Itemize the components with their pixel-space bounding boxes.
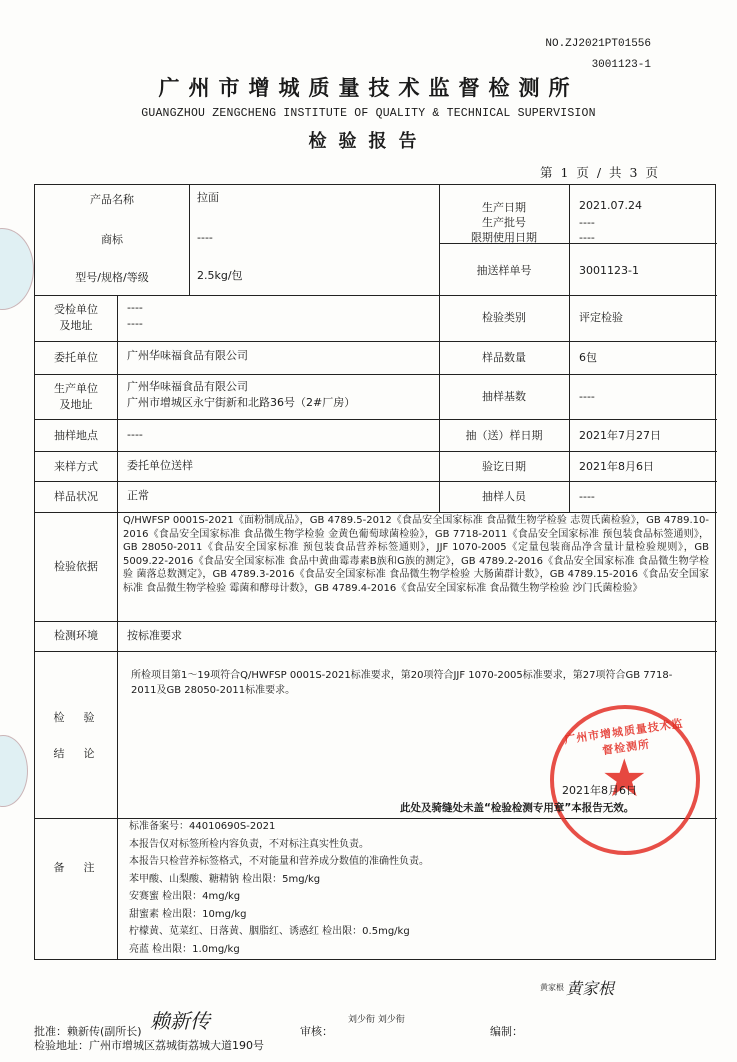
value-conclusion: 所检项目第1～19项符合Q/HWFSP 0001S-2021标准要求，第20项符… xyxy=(131,668,691,698)
value-inspection-type: 评定检验 xyxy=(579,311,623,325)
reviewer-label: 审核： xyxy=(300,1023,333,1039)
label-production-date: 生产日期 xyxy=(439,201,569,215)
label-remarks: 备 注 xyxy=(35,861,117,875)
value-inspected-unit: ---- xyxy=(127,301,143,315)
label-sampling-no: 抽送样单号 xyxy=(439,264,569,278)
label-manufacturer-address: 及地址 xyxy=(35,398,117,412)
compiler-signature: 黄家根 xyxy=(566,976,614,999)
label-inspection-type: 检验类别 xyxy=(439,311,569,325)
official-seal: 广州市增城质量技术监督检测所 ★ xyxy=(550,705,700,855)
value-product-name: 拉面 xyxy=(197,191,219,205)
value-completion-date: 2021年8月6日 xyxy=(579,460,654,474)
value-basis: Q/HWFSP 0001S-2021《面粉制成品》，GB 4789.5-2012… xyxy=(123,514,709,596)
value-expiry: ---- xyxy=(579,231,595,245)
value-sample-condition: 正常 xyxy=(127,489,149,503)
remarks-line: 苯甲酸、山梨酸、糖精钠 检出限：5mg/kg xyxy=(129,871,429,889)
value-environment: 按标准要求 xyxy=(127,629,182,643)
left-edge-seal-fragment-2 xyxy=(0,735,28,807)
label-trademark: 商标 xyxy=(35,233,189,247)
report-number: NO.ZJ2021PT01556 xyxy=(545,38,651,50)
remarks-line: 亮蓝 检出限：1.0mg/kg xyxy=(129,941,429,959)
remarks-line: 甜蜜素 检出限：10mg/kg xyxy=(129,906,429,924)
institute-name-cn: 广州市增城质量技术监督检测所 xyxy=(0,72,737,102)
label-sample-qty: 样品数量 xyxy=(439,351,569,365)
inspection-address: 检验地址：广州市增城区荔城街荔城大道190号 xyxy=(34,1037,264,1053)
value-sampler: ---- xyxy=(579,490,595,504)
label-sampling-place: 抽样地点 xyxy=(35,429,117,443)
label-sampling-date: 抽（送）样日期 xyxy=(439,429,569,443)
reviewer-signature: 刘少衔 刘少衔 xyxy=(348,1012,405,1025)
label-conclusion-1: 检 验 xyxy=(35,711,117,725)
label-conclusion-2: 结 论 xyxy=(35,747,117,761)
label-sampler: 抽样人员 xyxy=(439,490,569,504)
value-sampling-place: ---- xyxy=(127,428,143,442)
page-info: 第 1 页 / 共 3 页 xyxy=(540,163,660,181)
label-batch-no: 生产批号 xyxy=(439,216,569,230)
value-spec: 2.5kg/包 xyxy=(197,269,243,283)
label-sample-method: 来样方式 xyxy=(35,460,117,474)
approver-signature: 赖新传 xyxy=(150,1005,210,1034)
remarks-line: 安赛蜜 检出限：4mg/kg xyxy=(129,888,429,906)
label-product-name: 产品名称 xyxy=(35,193,189,207)
label-expiry: 限期使用日期 xyxy=(439,231,569,245)
label-spec: 型号/规格/等级 xyxy=(35,271,189,285)
value-sampling-base: ---- xyxy=(579,390,595,404)
label-sample-condition: 样品状况 xyxy=(35,490,117,504)
value-sample-qty: 6包 xyxy=(579,351,597,365)
value-client: 广州华味福食品有限公司 xyxy=(127,349,248,363)
remarks-line: 本报告只检营养标签格式，不对能量和营养成分数值的准确性负责。 xyxy=(129,853,429,871)
remarks-line: 标准备案号：44010690S-2021 xyxy=(129,818,429,836)
seal-date: 2021年8月6日 xyxy=(562,782,637,798)
institute-name-en: GUANGZHOU ZENGCHENG INSTITUTE OF QUALITY… xyxy=(0,107,737,120)
label-client: 委托单位 xyxy=(35,351,117,365)
sample-number: 3001123-1 xyxy=(592,59,651,71)
label-inspected-unit: 受检单位 xyxy=(35,303,117,317)
compiler-label: 编制： xyxy=(490,1023,523,1039)
value-manufacturer: 广州华味福食品有限公司 xyxy=(127,380,248,394)
label-inspected-unit-address: 及地址 xyxy=(35,319,117,333)
value-inspected-unit-address: ---- xyxy=(127,317,143,331)
remarks-line: 本报告仅对标签所检内容负责，不对标注真实性负责。 xyxy=(129,836,429,854)
remarks-line: 柠檬黄、苋菜红、日落黄、胭脂红、诱惑红 检出限：0.5mg/kg xyxy=(129,923,429,941)
document-type: 检验报告 xyxy=(0,127,737,153)
value-trademark: ---- xyxy=(197,231,213,245)
compiler-name: 黄家根 xyxy=(540,982,564,993)
label-environment: 检测环境 xyxy=(35,629,117,643)
label-sampling-base: 抽样基数 xyxy=(439,390,569,404)
value-sampling-no: 3001123-1 xyxy=(579,264,639,278)
label-manufacturer: 生产单位 xyxy=(35,382,117,396)
label-basis: 检验依据 xyxy=(35,560,117,574)
value-batch-no: ---- xyxy=(579,216,595,230)
left-edge-seal-fragment xyxy=(0,228,34,310)
value-manufacturer-address: 广州市增城区永宁街新和北路36号（2#厂房） xyxy=(127,396,355,410)
seal-note: 此处及骑缝处未盖“检验检测专用章”本报告无效。 xyxy=(400,800,634,815)
remarks-list: 标准备案号：44010690S-2021 本报告仅对标签所检内容负责，不对标注真… xyxy=(129,818,429,958)
value-production-date: 2021.07.24 xyxy=(579,199,642,213)
label-completion-date: 验讫日期 xyxy=(439,460,569,474)
value-sample-method: 委托单位送样 xyxy=(127,459,193,473)
value-sampling-date: 2021年7月27日 xyxy=(579,429,661,443)
